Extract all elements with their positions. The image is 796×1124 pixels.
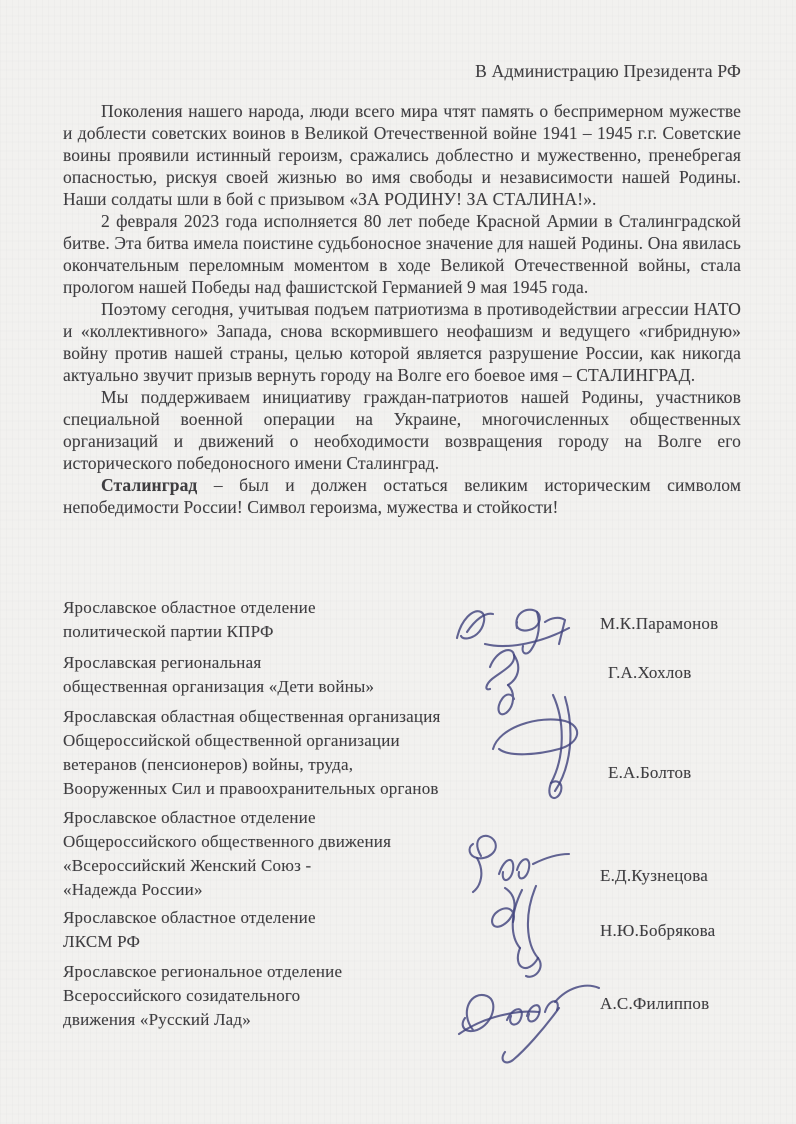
paragraph-3: Поэтому сегодня, учитывая подъем патриот… (63, 298, 741, 386)
signatory-name: Н.Ю.Бобрякова (600, 919, 715, 943)
scanned-letter-page: В Администрацию Президента РФ Поколения … (0, 0, 796, 1124)
signatory-name: Г.А.Хохлов (608, 661, 691, 685)
signatory-name: А.С.Филиппов (600, 992, 709, 1016)
organization-line: Ярославская областная общественная орган… (63, 705, 741, 729)
signatory-block-kprf: Ярославское областное отделение политиче… (63, 596, 741, 644)
signatory-block-veterans: Ярославская областная общественная орган… (63, 705, 741, 801)
organization-line: Общероссийской общественной организации (63, 729, 741, 753)
paragraph-1: Поколения нашего народа, люди всего мира… (63, 100, 741, 210)
signatory-block-deti-voyny: Ярославская региональная общественная ор… (63, 651, 741, 699)
organization-line: Ярославское областное отделение (63, 806, 741, 830)
organization-line: Общероссийского общественного движения (63, 830, 741, 854)
recipient-line: В Администрацию Президента РФ (63, 58, 741, 84)
letter-paragraphs: Поколения нашего народа, люди всего мира… (63, 100, 741, 518)
letter-body: В Администрацию Президента РФ Поколения … (63, 58, 741, 518)
signatory-block-russkiy-lad: Ярославское региональное отделение Всеро… (63, 960, 741, 1032)
organization-line: Ярославское региональное отделение (63, 960, 741, 984)
signatory-name: Е.А.Болтов (608, 761, 691, 785)
signatory-block-lksm: Ярославское областное отделение ЛКСМ РФ … (63, 906, 741, 954)
signatory-block-womens-union: Ярославское областное отделение Общеросс… (63, 806, 741, 902)
closing-bold-word: Сталинград (101, 475, 197, 495)
paragraph-2: 2 февраля 2023 года исполняется 80 лет п… (63, 210, 741, 298)
paragraph-closing: Сталинград – был и должен остаться велик… (63, 474, 741, 518)
paragraph-4: Мы поддерживаем инициативу граждан-патри… (63, 386, 741, 474)
signatory-name: Е.Д.Кузнецова (600, 864, 708, 888)
signatory-name: М.К.Парамонов (600, 612, 718, 636)
